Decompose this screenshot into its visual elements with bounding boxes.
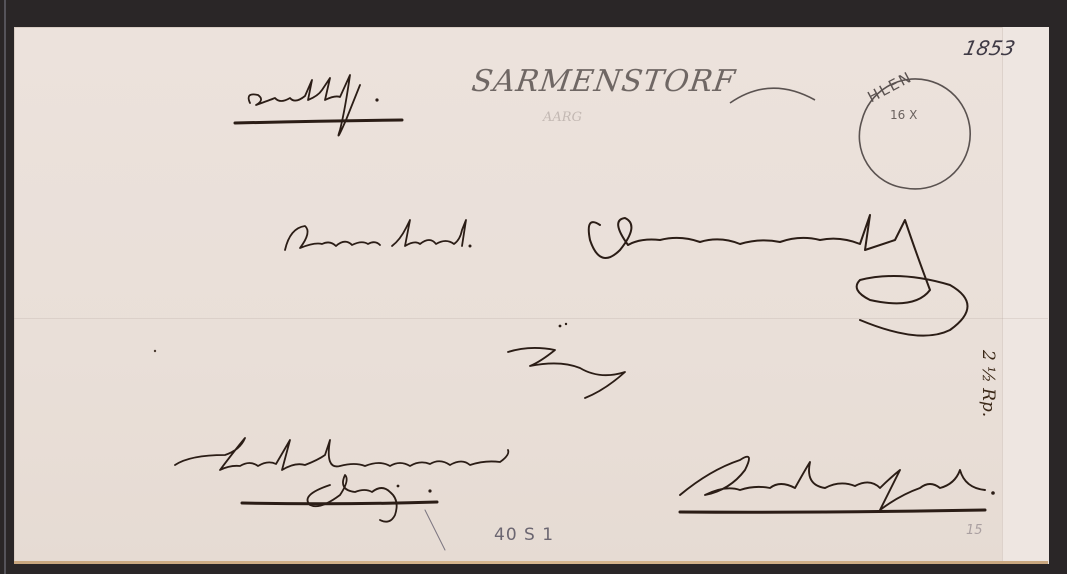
- handwriting-layer: [0, 0, 1067, 574]
- address-line-1-script: [285, 215, 968, 336]
- circular-datestamp: [730, 79, 970, 189]
- pencil-stroke: [425, 510, 445, 550]
- sender-script: [175, 438, 508, 522]
- official-note-script: [235, 75, 402, 136]
- address-line-2-script: [508, 323, 625, 398]
- address-line-3-script: [680, 457, 995, 513]
- stray-ink-dot: [154, 350, 156, 352]
